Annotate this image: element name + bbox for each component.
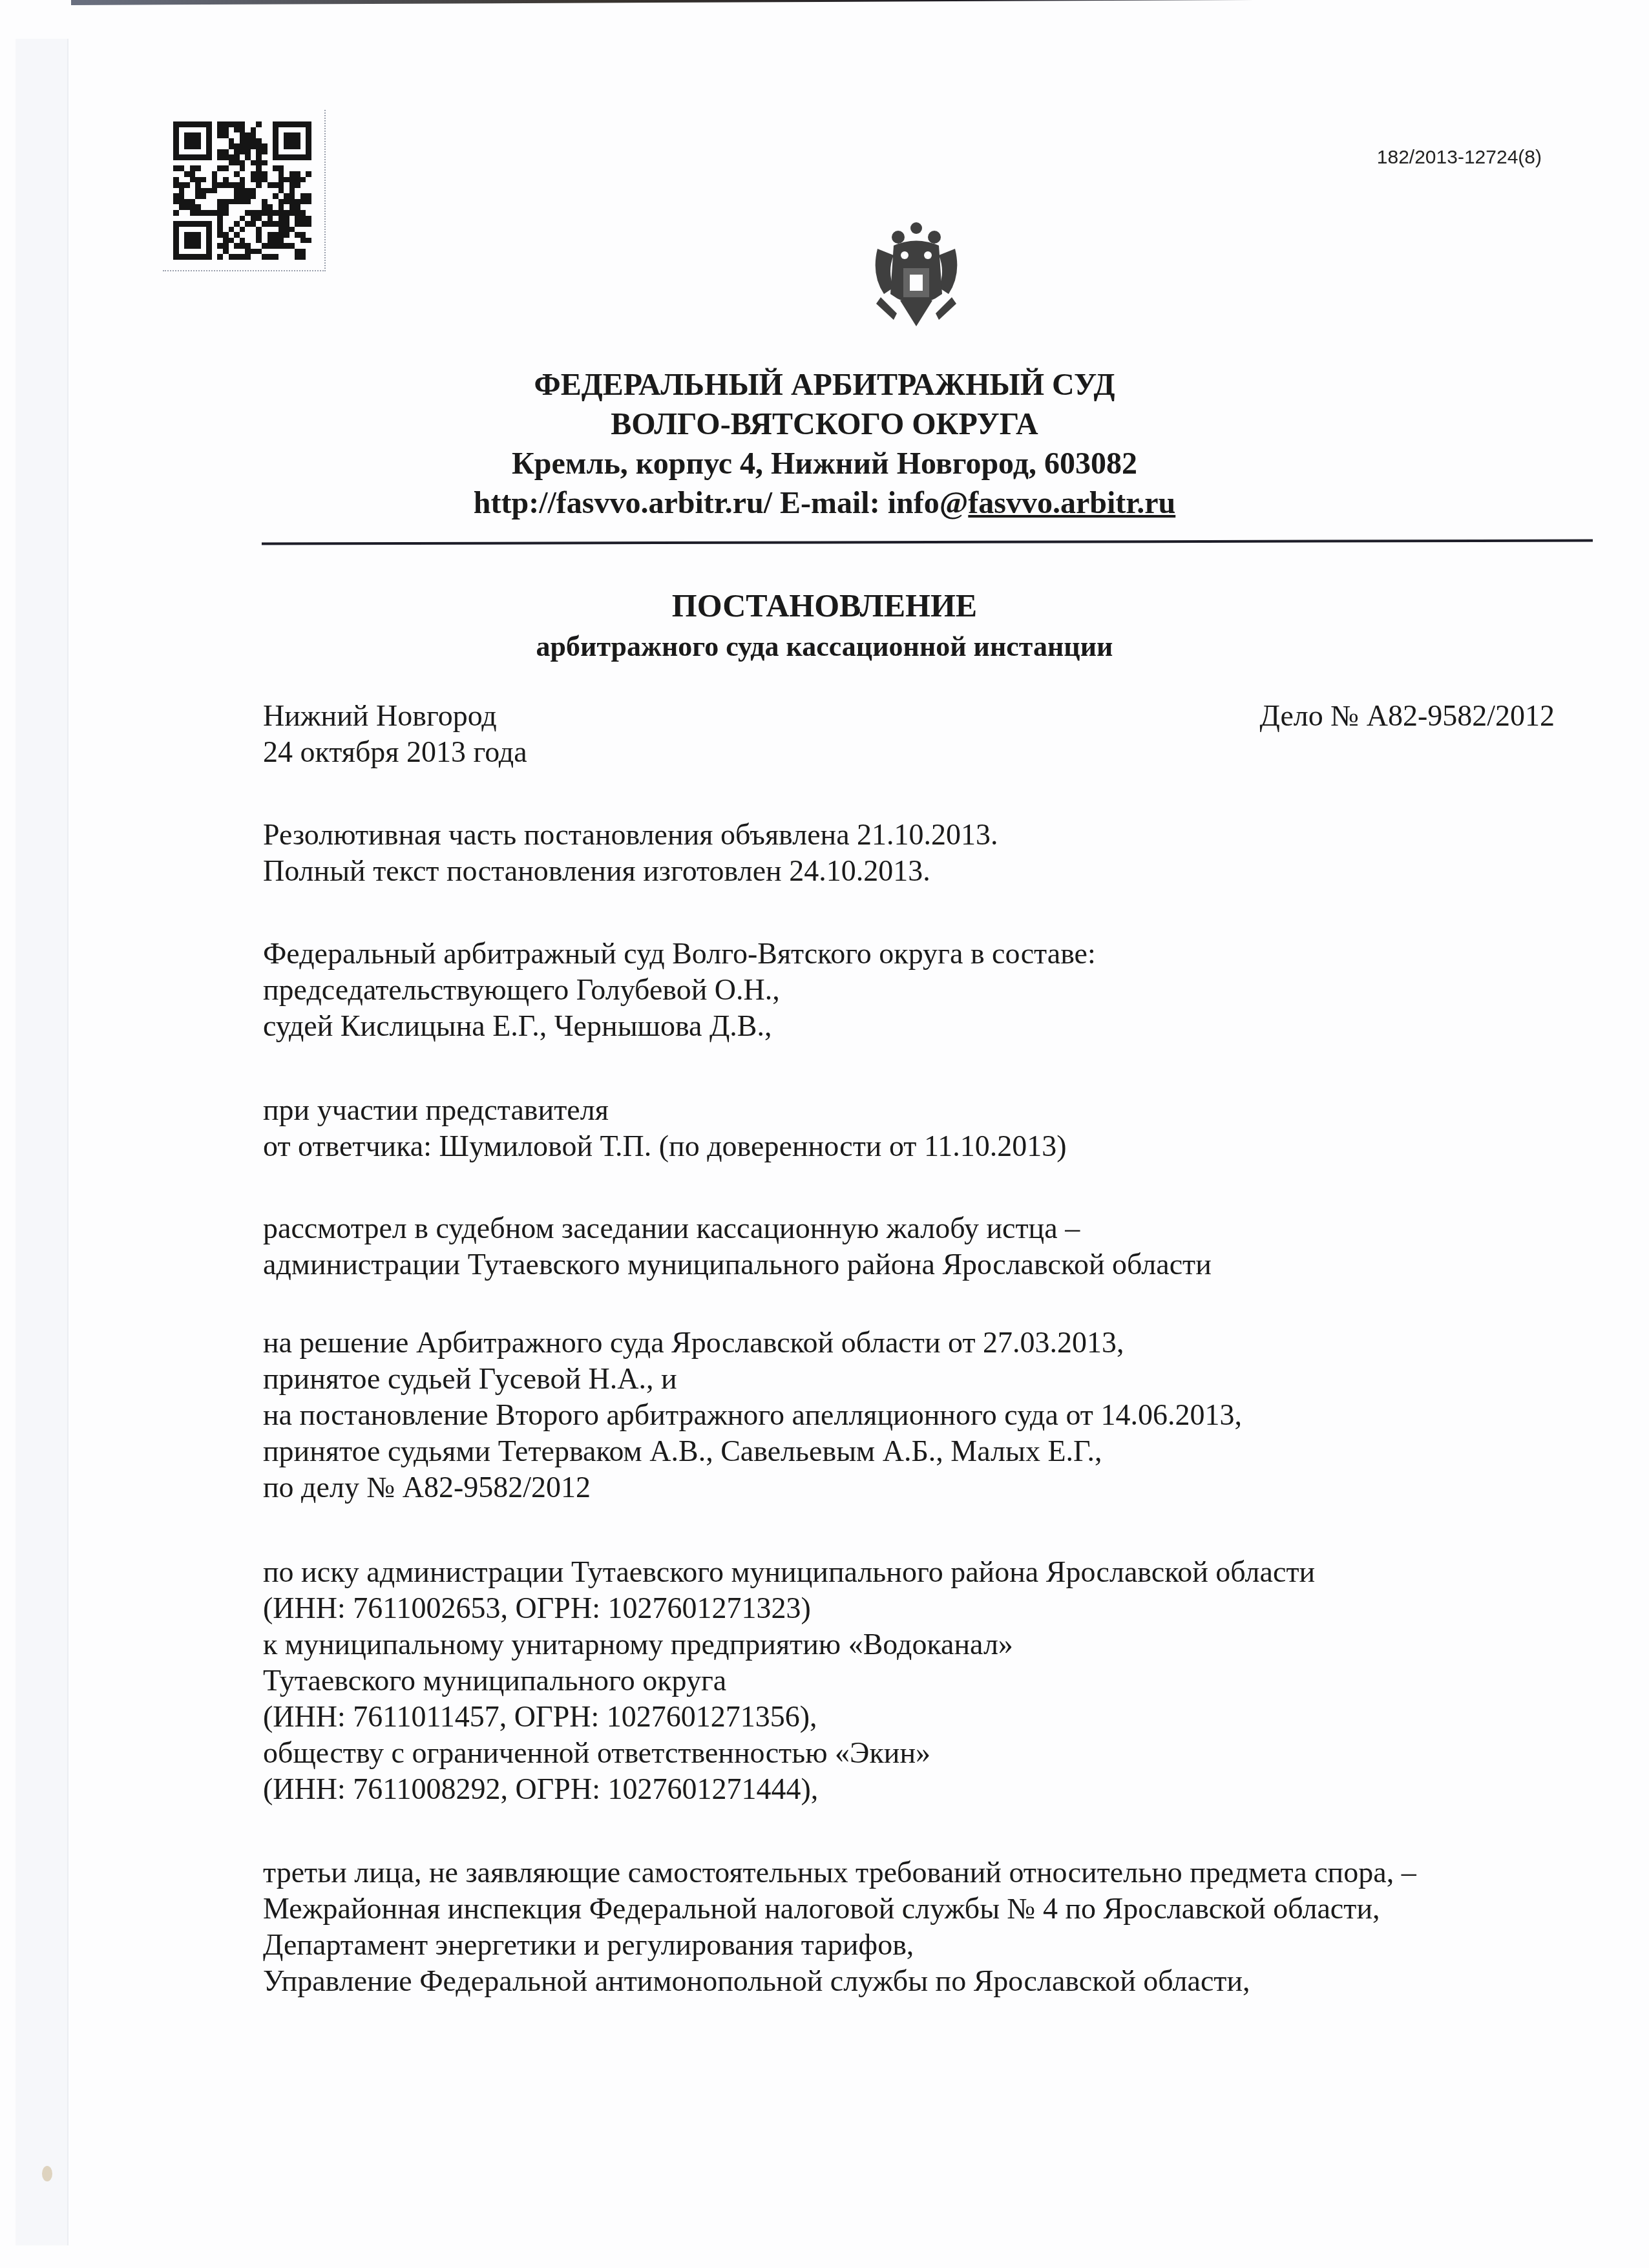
paragraph-line: Резолютивная часть постановления объявле… <box>263 817 998 853</box>
document-title: ПОСТАНОВЛЕНИЕ арбитражного суда кассацио… <box>0 585 1649 667</box>
paragraph-line: от ответчика: Шумиловой Т.П. (по доверен… <box>263 1128 1067 1164</box>
paragraph-decisions: на решение Арбитражного суда Ярославской… <box>263 1325 1242 1506</box>
paragraph-line: по иску администрации Тутаевского муници… <box>263 1554 1315 1590</box>
paragraph-line: (ИНН: 7611008292, ОГРН: 1027601271444), <box>263 1771 1315 1807</box>
paragraph-line: Департамент энергетики и регулирования т… <box>263 1927 1416 1963</box>
place-date-block: Нижний Новгород 24 октября 2013 года <box>263 698 527 770</box>
court-contacts: http://fasvvo.arbitr.ru/ E-mail: info@fa… <box>0 483 1649 523</box>
paragraph-line: к муниципальному унитарному предприятию … <box>263 1626 1315 1663</box>
scan-stain <box>42 2166 52 2181</box>
paragraph-announcement: Резолютивная часть постановления объявле… <box>263 817 998 889</box>
paragraph-line: на решение Арбитражного суда Ярославской… <box>263 1325 1242 1361</box>
paragraph-complaint: рассмотрел в судебном заседании кассацио… <box>263 1210 1212 1283</box>
document-registration-number: 182/2013-12724(8) <box>1377 147 1542 169</box>
paragraph-line: (ИНН: 7611011457, ОГРН: 1027601271356), <box>263 1699 1315 1735</box>
paragraph-line: Межрайонная инспекция Федеральной налого… <box>263 1891 1416 1927</box>
paragraph-line: третьи лица, не заявляющие самостоятельн… <box>263 1854 1416 1891</box>
paragraph-line: (ИНН: 7611002653, ОГРН: 1027601271323) <box>263 1590 1315 1626</box>
paragraph-line: по делу № А82-9582/2012 <box>263 1469 1242 1506</box>
paragraph-line: рассмотрел в судебном заседании кассацио… <box>263 1210 1212 1246</box>
paragraph-line: принятое судьей Гусевой Н.А., и <box>263 1361 1242 1397</box>
court-name-line1: ФЕДЕРАЛЬНЫЙ АРБИТРАЖНЫЙ СУД <box>0 365 1649 404</box>
qr-code-icon <box>173 121 311 260</box>
court-website: http://fasvvo.arbitr.ru/ E-mail: info@ <box>474 486 969 520</box>
paragraph-line: на постановление Второго арбитражного ап… <box>263 1397 1242 1433</box>
paragraph-line: Тутаевского муниципального округа <box>263 1663 1315 1699</box>
paragraph-line: председательствующего Голубевой О.Н., <box>263 972 1096 1008</box>
document-page: 182/2013-12724(8) ФЕДЕРАЛЬНЫЙ АРБИТРАЖНЫ… <box>0 0 1649 2268</box>
place: Нижний Новгород <box>263 698 527 734</box>
paragraph-court-composition: Федеральный арбитражный суд Волго-Вятско… <box>263 936 1096 1044</box>
coat-of-arms-icon <box>865 216 968 333</box>
paragraph-line: Управление Федеральной антимонопольной с… <box>263 1963 1416 1999</box>
court-name-line2: ВОЛГО-ВЯТСКОГО ОКРУГА <box>0 404 1649 444</box>
paragraph-line: судей Кислицына Е.Г., Чернышова Д.В., <box>263 1008 1096 1044</box>
date: 24 октября 2013 года <box>263 734 527 770</box>
paragraph-line: при участии представителя <box>263 1092 1067 1128</box>
paragraph-line: Полный текст постановления изготовлен 24… <box>263 853 998 889</box>
paragraph-participants: при участии представителя от ответчика: … <box>263 1092 1067 1164</box>
scan-top-edge <box>71 0 1376 5</box>
court-header: ФЕДЕРАЛЬНЫЙ АРБИТРАЖНЫЙ СУД ВОЛГО-ВЯТСКО… <box>0 365 1649 523</box>
paragraph-line: обществу с ограниченной ответственностью… <box>263 1735 1315 1771</box>
title-main: ПОСТАНОВЛЕНИЕ <box>0 585 1649 626</box>
paragraph-line: администрации Тутаевского муниципального… <box>263 1246 1212 1283</box>
court-address: Кремль, корпус 4, Нижний Новгород, 60308… <box>0 444 1649 483</box>
header-divider <box>262 539 1593 545</box>
court-email-link[interactable]: fasvvo.arbitr.ru <box>968 486 1175 520</box>
paragraph-line: принятое судьями Тетерваком А.В., Савель… <box>263 1433 1242 1469</box>
paragraph-lawsuit: по иску администрации Тутаевского муници… <box>263 1554 1315 1807</box>
paragraph-third-parties: третьи лица, не заявляющие самостоятельн… <box>263 1854 1416 1999</box>
paragraph-line: Федеральный арбитражный суд Волго-Вятско… <box>263 936 1096 972</box>
title-subtitle: арбитражного суда кассационной инстанции <box>0 626 1649 667</box>
case-number: Дело № А82-9582/2012 <box>1259 698 1555 734</box>
